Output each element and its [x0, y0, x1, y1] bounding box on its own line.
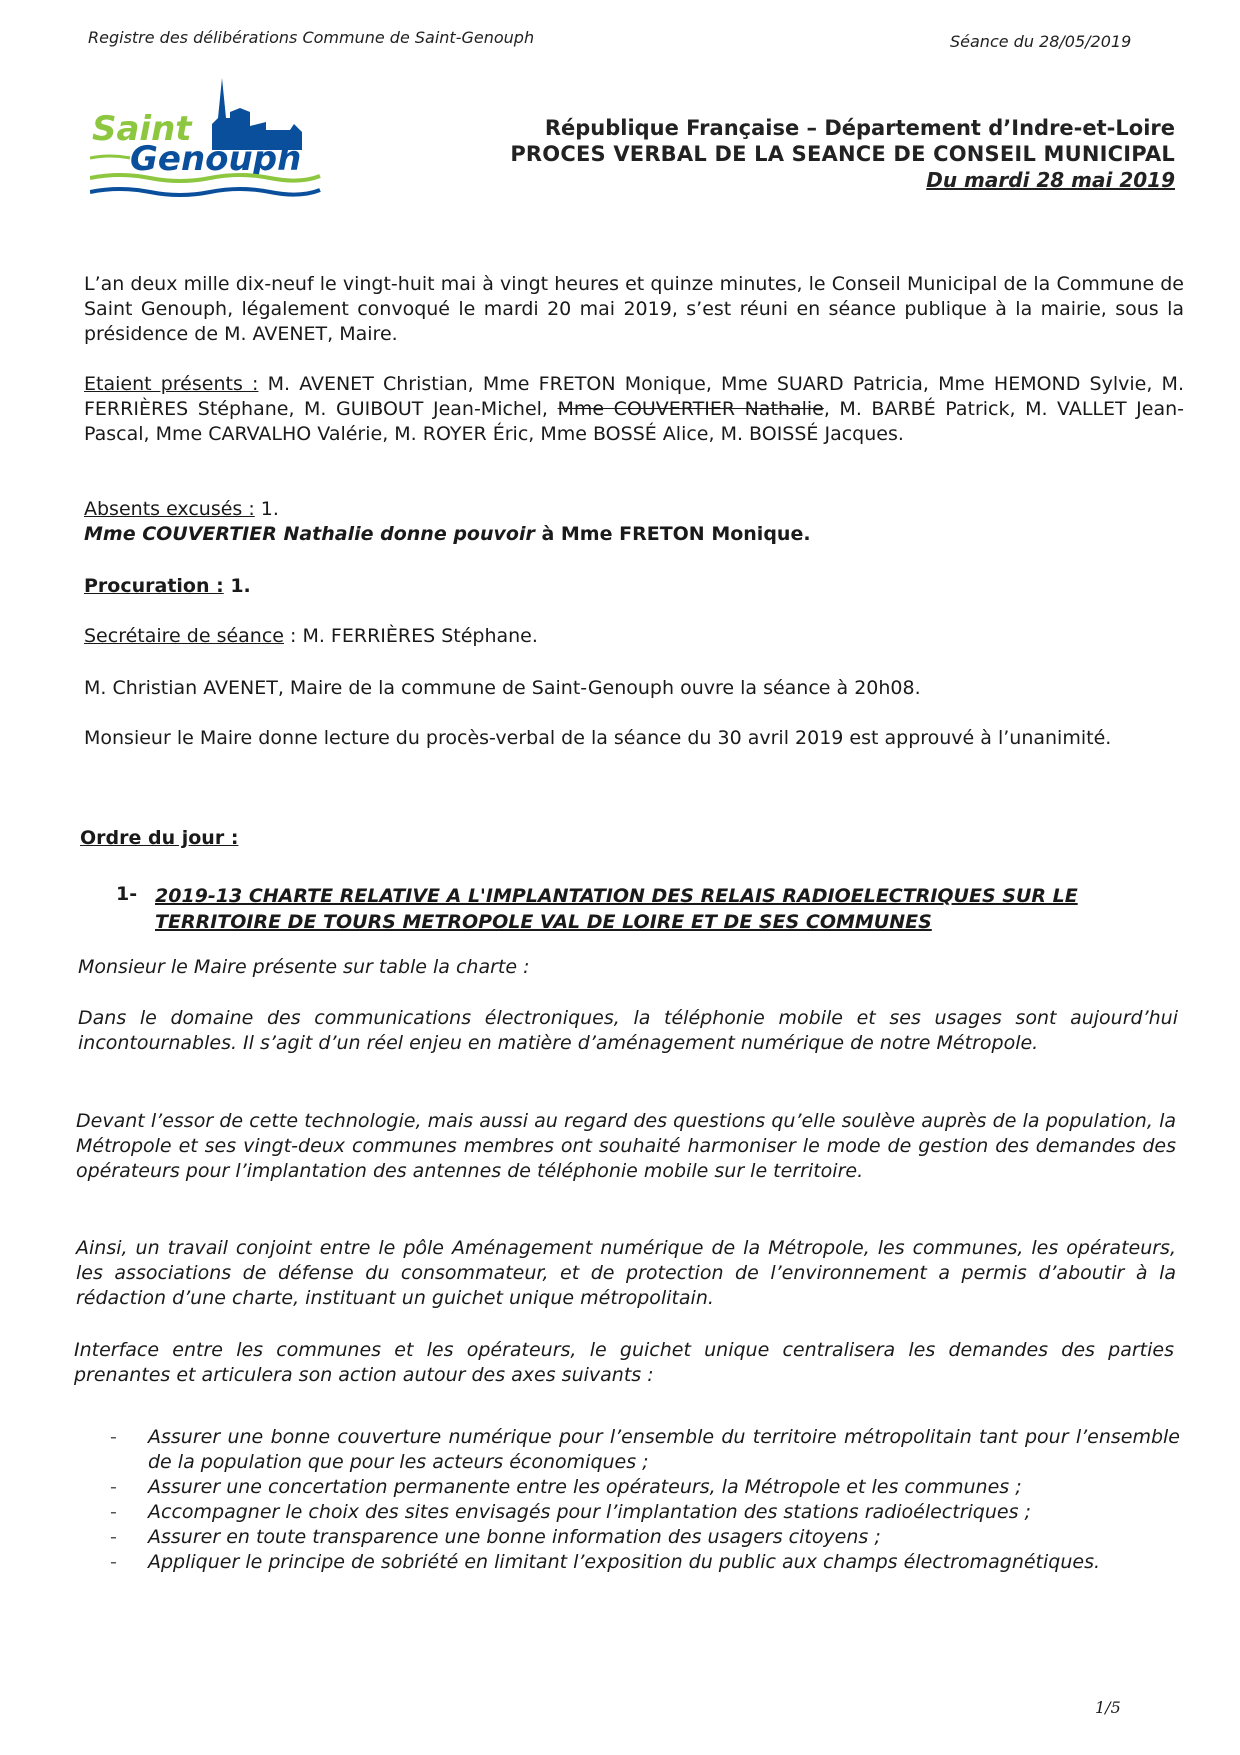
absents-paragraph: Absents excusés : 1. Mme COUVERTIER Nath…	[84, 497, 1184, 547]
list-item: -Accompagner le choix des sites envisagé…	[90, 1500, 1180, 1525]
list-item: -Assurer une bonne couverture numérique …	[90, 1425, 1180, 1475]
list-item: -Assurer en toute transparence une bonne…	[90, 1525, 1180, 1550]
secretary-line: Secrétaire de séance : M. FERRIÈRES Stép…	[84, 624, 1184, 649]
intro-paragraph: L’an deux mille dix-neuf le vingt-huit m…	[84, 272, 1184, 347]
absents-label: Absents excusés :	[84, 498, 255, 520]
secretary-label: Secrétaire de séance	[84, 625, 284, 647]
charter-paragraph-2: Devant l’essor de cette technologie, mai…	[76, 1109, 1176, 1184]
saint-genouph-logo: Saint Genouph	[90, 78, 330, 208]
bullet-dash-icon: -	[90, 1500, 148, 1525]
bullet-dash-icon: -	[90, 1475, 148, 1500]
approval-paragraph: Monsieur le Maire donne lecture du procè…	[84, 726, 1184, 751]
presents-struck-name: Mme COUVERTIER Nathalie	[558, 398, 824, 420]
title-line-republic: République Française – Département d’Ind…	[400, 115, 1175, 141]
secretary-value: : M. FERRIÈRES Stéphane.	[284, 625, 538, 647]
session-date: Séance du 28/05/2019	[950, 32, 1131, 51]
opening-line: M. Christian AVENET, Maire de la commune…	[84, 676, 1184, 701]
charter-paragraph-4: Interface entre les communes et les opér…	[74, 1338, 1174, 1388]
presents-paragraph: Etaient présents : M. AVENET Christian, …	[84, 372, 1184, 447]
bullet-dash-icon: -	[90, 1525, 148, 1550]
bullet-dash-icon: -	[90, 1550, 148, 1575]
procuration-value: 1.	[224, 575, 251, 597]
svg-text:Genouph: Genouph	[130, 139, 301, 179]
bullet-dash-icon: -	[90, 1425, 148, 1475]
agenda-item-title: 2019-13 CHARTE RELATIVE A L'IMPLANTATION…	[155, 883, 1185, 935]
title-line-date: Du mardi 28 mai 2019	[400, 167, 1175, 193]
list-item: -Assurer une concertation permanente ent…	[90, 1475, 1180, 1500]
page-number: 1/5	[1095, 1698, 1121, 1717]
title-line-proces-verbal: PROCES VERBAL DE LA SEANCE DE CONSEIL MU…	[400, 141, 1175, 167]
absents-count: 1.	[255, 498, 279, 520]
charter-paragraph-1: Dans le domaine des communications élect…	[78, 1006, 1178, 1056]
procuration-label: Procuration :	[84, 575, 224, 597]
register-label: Registre des délibérations Commune de Sa…	[88, 28, 534, 47]
proxy-rest: à Mme FRETON Monique.	[535, 523, 811, 545]
proxy-italic: Mme COUVERTIER Nathalie donne pouvoir	[84, 523, 535, 545]
church-skyline-icon: Saint Genouph	[90, 78, 330, 208]
charter-intro: Monsieur le Maire présente sur table la …	[78, 955, 1178, 980]
charter-paragraph-3: Ainsi, un travail conjoint entre le pôle…	[76, 1236, 1176, 1311]
agenda-item-number: 1-	[116, 883, 137, 905]
document-title: République Française – Département d’Ind…	[400, 115, 1175, 193]
charter-axes-list: -Assurer une bonne couverture numérique …	[90, 1425, 1180, 1575]
list-item: -Appliquer le principe de sobriété en li…	[90, 1550, 1180, 1575]
presents-label: Etaient présents :	[84, 373, 258, 395]
procuration-line: Procuration : 1.	[84, 574, 1184, 599]
agenda-label: Ordre du jour :	[80, 826, 1180, 851]
